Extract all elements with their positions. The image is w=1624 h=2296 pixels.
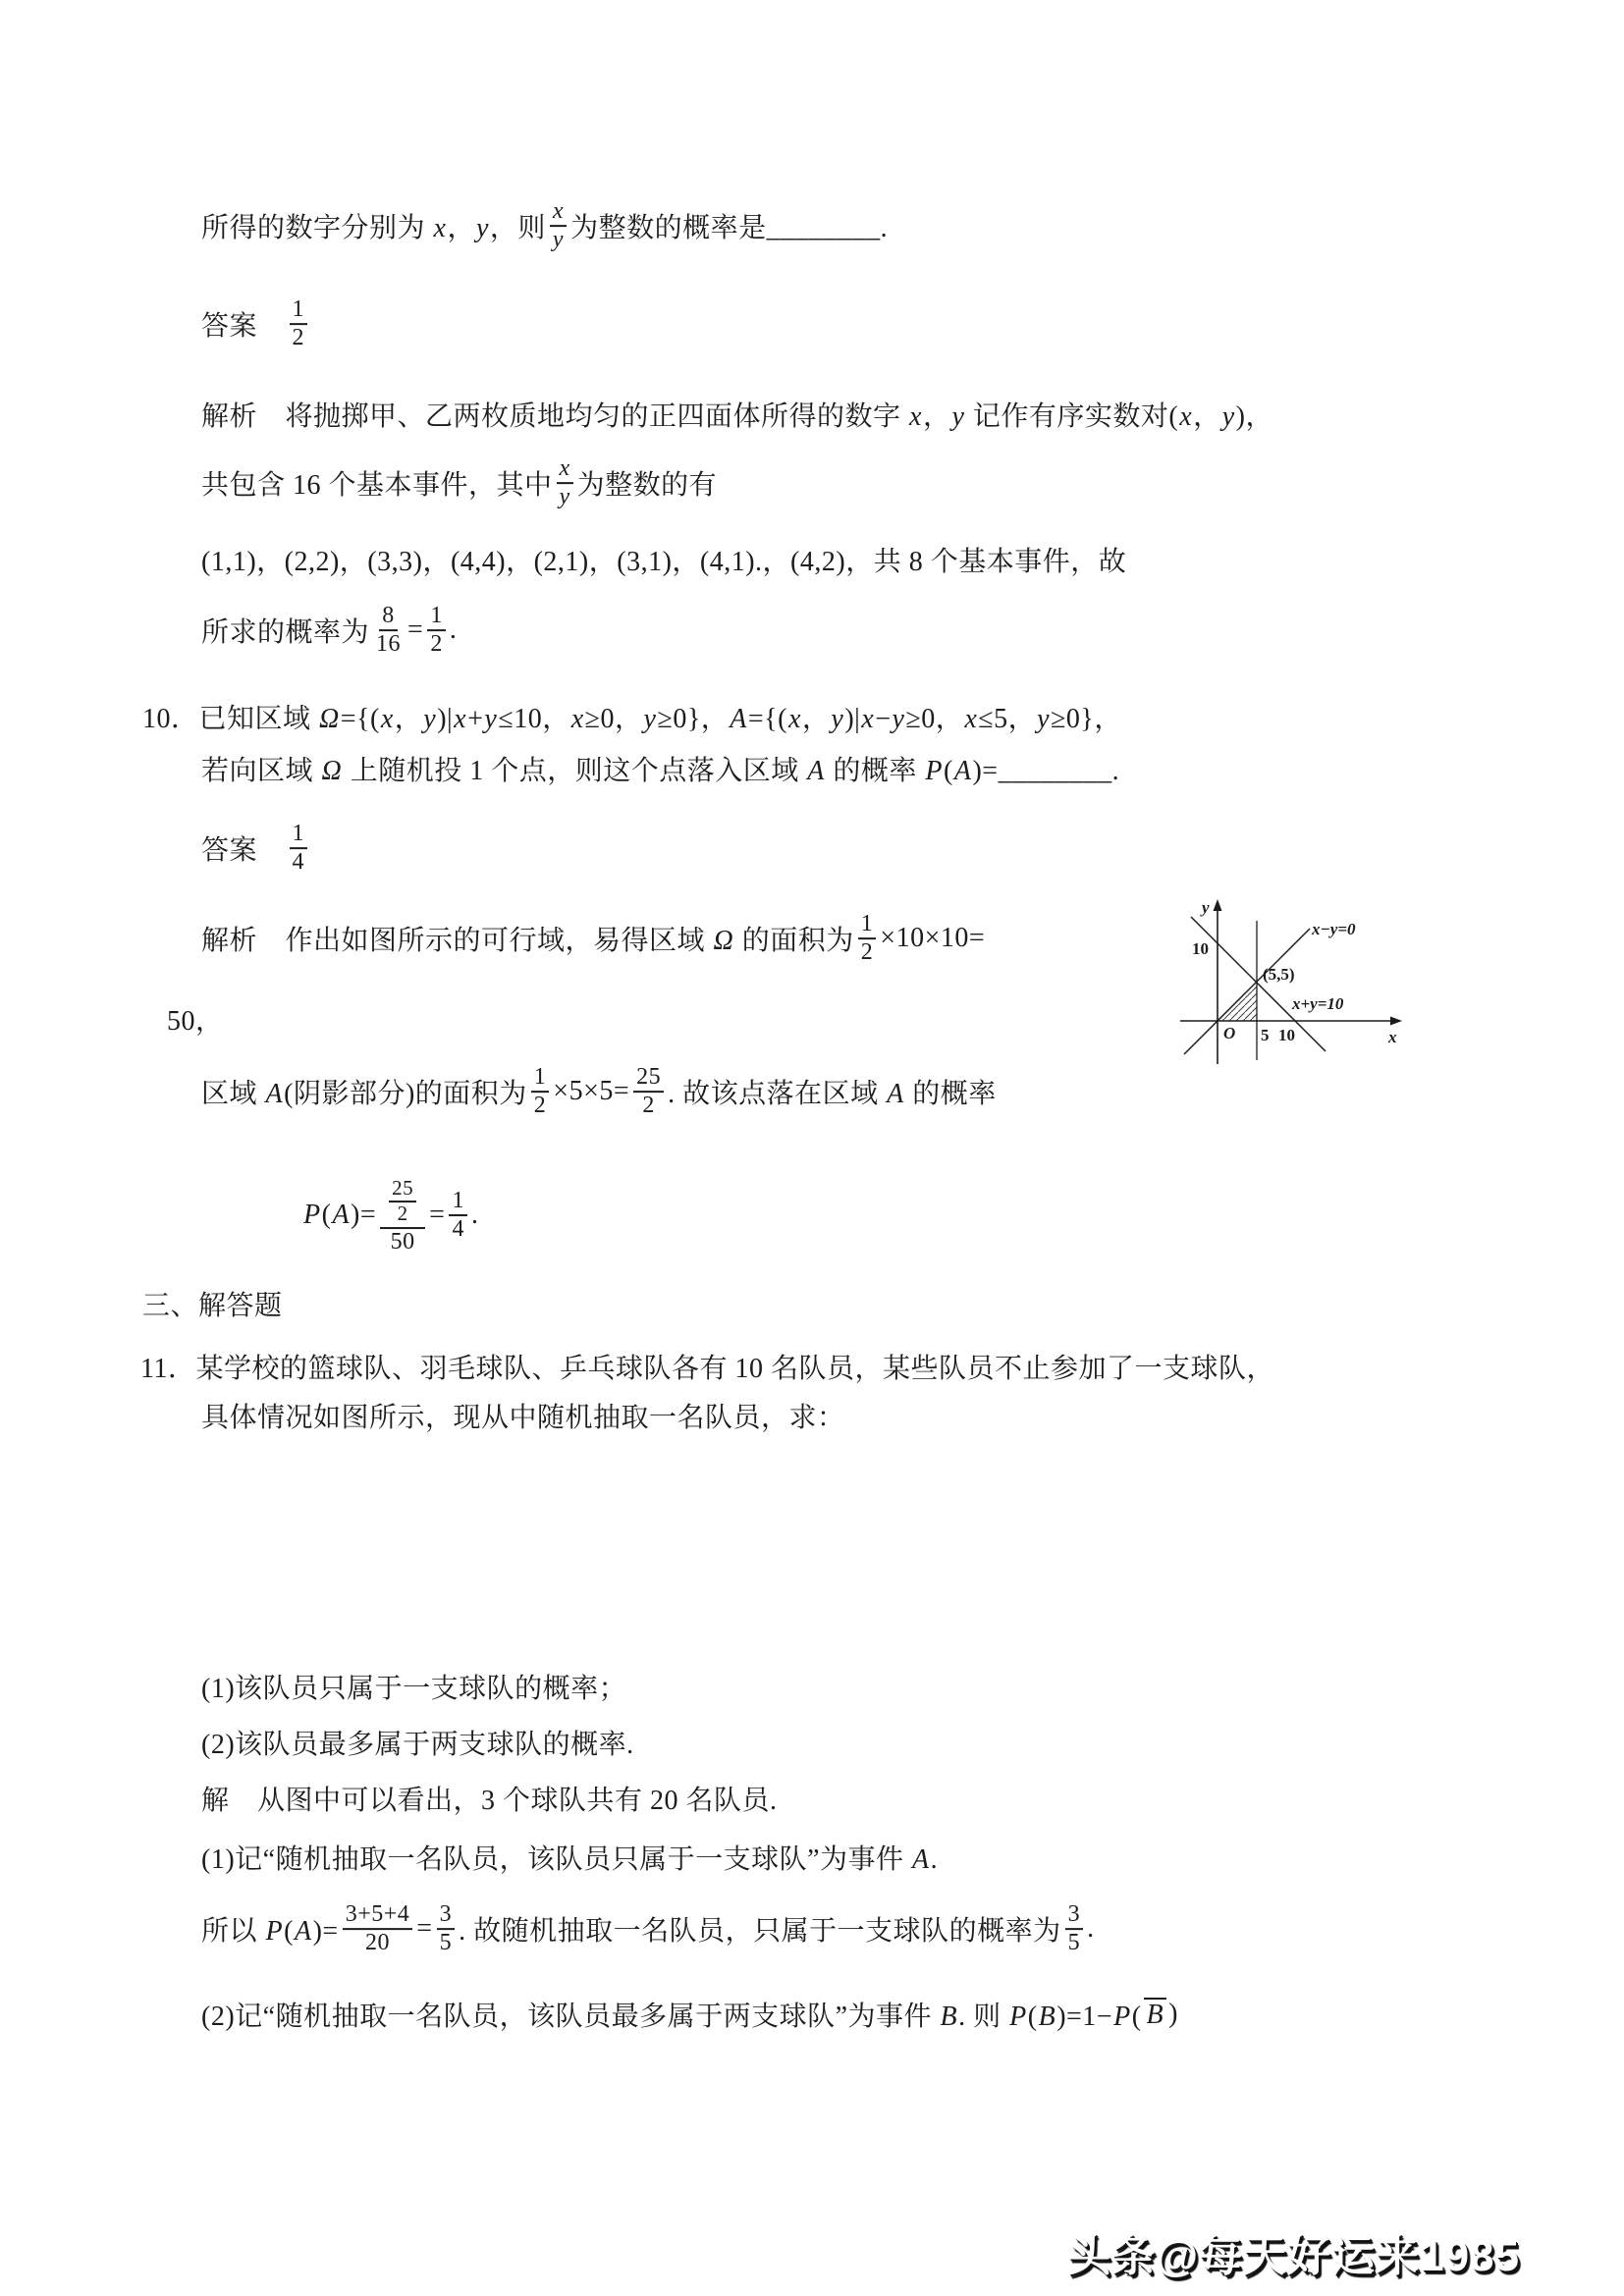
math-variable: x xyxy=(453,704,467,734)
math-variable: x xyxy=(433,213,448,243)
fraction: 252 xyxy=(633,1064,664,1119)
math-variable: A xyxy=(294,1916,313,1947)
math-variable: P xyxy=(1112,2002,1132,2032)
y-tick-10: 10 xyxy=(1192,939,1209,958)
math-variable: A xyxy=(729,704,748,734)
label-point-5-5: (5,5) xyxy=(1263,965,1295,984)
fraction: 12 xyxy=(531,1064,550,1119)
math-variable: y xyxy=(1221,401,1236,432)
fraction: 3+5+420 xyxy=(343,1901,413,1956)
math-variable: y xyxy=(475,213,490,243)
compound-fraction: 25250 xyxy=(380,1175,425,1255)
text-line-20: (1)记“随机抽取一名队员，该队员只属于一支球队”为事件 A. xyxy=(201,1838,938,1877)
document-page: 所得的数字分别为 x，y，则xy为整数的概率是________.答案 12解析 … xyxy=(0,0,1624,2296)
y-axis-arrow xyxy=(1214,899,1222,911)
text-line-21: 所以 P(A)=3+5+420=35. 故随机抽取一名队员，只属于一支球队的概率… xyxy=(201,1901,1095,1956)
y-axis-label: y xyxy=(1200,898,1210,917)
math-variable: y xyxy=(422,704,437,734)
text-line-14: 三、解答题 xyxy=(142,1284,283,1323)
label-line-x-plus-y: x+y=10 xyxy=(1291,994,1344,1013)
x-tick-5: 5 xyxy=(1261,1026,1270,1044)
math-variable: Ω xyxy=(321,756,344,786)
fraction: xy xyxy=(550,198,567,253)
x-axis-arrow xyxy=(1390,1017,1402,1026)
fraction: xy xyxy=(557,455,573,510)
math-variable: y xyxy=(483,704,498,734)
fraction: 12 xyxy=(427,603,446,658)
math-variable: x xyxy=(1178,401,1193,432)
text-line-2: 答案 12 xyxy=(201,296,311,351)
fraction: 14 xyxy=(449,1188,467,1243)
math-variable: y xyxy=(950,401,965,432)
math-variable: B xyxy=(1038,2002,1057,2032)
watermark: 头条@每天好运来1985 xyxy=(1067,2220,1520,2283)
text-line-16: 具体情况如图所示，现从中随机抽取一名队员，求： xyxy=(201,1396,845,1435)
fraction: 14 xyxy=(290,821,308,876)
text-line-9: 答案 14 xyxy=(201,821,311,876)
text-line-19: 解 从图中可以看出，3 个球队共有 20 名队员. xyxy=(201,1779,778,1818)
math-variable: x xyxy=(963,704,978,734)
math-variable: x xyxy=(908,401,923,432)
math-variable: Ω xyxy=(318,704,341,734)
math-variable: x xyxy=(860,704,875,734)
label-line-x-minus-y: x−y=0 xyxy=(1311,920,1356,938)
overline-variable: B xyxy=(1144,1998,1167,2031)
fraction: 35 xyxy=(437,1901,456,1956)
text-line-22: (2)记“随机抽取一名队员，该队员最多属于两支球队”为事件 B. 则 P(B)=… xyxy=(201,1995,1178,2034)
text-line-18: (2)该队员最多属于两支球队的概率. xyxy=(201,1723,634,1762)
math-variable: y xyxy=(892,704,906,734)
math-variable: B xyxy=(940,2002,959,2032)
text-line-15: 11．某学校的篮球队、羽毛球队、乒乓球队各有 10 名队员，某些队员不止参加了一… xyxy=(140,1347,1274,1386)
text-line-1: 所得的数字分别为 x，y，则xy为整数的概率是________. xyxy=(201,198,888,253)
math-variable: x xyxy=(787,704,802,734)
text-line-7: 10．已知区域 Ω={(x，y)|x+y≤10，x≥0，y≥0}，A={(x，y… xyxy=(142,697,1122,736)
math-variable: P xyxy=(924,756,944,786)
math-variable: y xyxy=(1036,704,1051,734)
text-line-11: 50， xyxy=(167,999,224,1039)
text-line-4: 共包含 16 个基本事件，其中xy为整数的有 xyxy=(201,455,717,510)
text-line-8: 若向区域 Ω 上随机投 1 个点，则这个点落入区域 A 的概率 P(A)=___… xyxy=(201,749,1119,788)
region-plot-figure: y x 10 x−y=0 (5,5) x+y=10 O 5 10 xyxy=(1176,895,1424,1070)
text-line-17: (1)该队员只属于一支球队的概率； xyxy=(201,1667,626,1706)
math-variable: x xyxy=(570,704,585,734)
fraction: 12 xyxy=(290,296,308,351)
math-variable: A xyxy=(331,1200,351,1230)
x-tick-10: 10 xyxy=(1278,1026,1295,1044)
text-line-12: 区域 A(阴影部分)的面积为12×5×5=252. 故该点落在区域 A 的概率 xyxy=(201,1064,997,1119)
text-line-13: P(A)=25250=14. xyxy=(302,1175,478,1255)
line-x-plus-y-10 xyxy=(1191,917,1326,1051)
origin-label: O xyxy=(1223,1024,1235,1042)
fraction: 35 xyxy=(1065,1901,1084,1956)
math-variable: Ω xyxy=(713,926,735,956)
math-variable: P xyxy=(265,1916,285,1947)
math-variable: A xyxy=(911,1844,931,1875)
document-content: 所得的数字分别为 x，y，则xy为整数的概率是________.答案 12解析 … xyxy=(0,0,1624,2296)
x-axis-label: x xyxy=(1387,1028,1397,1046)
math-variable: x xyxy=(380,704,395,734)
math-variable: y xyxy=(643,704,658,734)
fraction: 12 xyxy=(858,911,877,966)
text-line-3: 解析 将抛掷甲、乙两枚质地均匀的正四面体所得的数字 x，y 记作有序实数对(x，… xyxy=(201,395,1273,434)
math-variable: A xyxy=(953,756,973,786)
math-variable: y xyxy=(830,704,844,734)
math-variable: A xyxy=(265,1079,285,1109)
math-variable: A xyxy=(886,1079,905,1109)
math-variable: A xyxy=(806,756,826,786)
text-line-5: (1,1)，(2,2)，(3,3)，(4,4)，(2,1)，(3,1)，(4,1… xyxy=(201,540,1126,579)
text-line-6: 所求的概率为816=12. xyxy=(201,603,457,658)
math-variable: P xyxy=(302,1200,322,1230)
text-line-10: 解析 作出如图所示的可行域，易得区域 Ω 的面积为12×10×10= xyxy=(201,911,985,966)
fraction: 816 xyxy=(373,603,404,658)
math-variable: P xyxy=(1008,2002,1028,2032)
